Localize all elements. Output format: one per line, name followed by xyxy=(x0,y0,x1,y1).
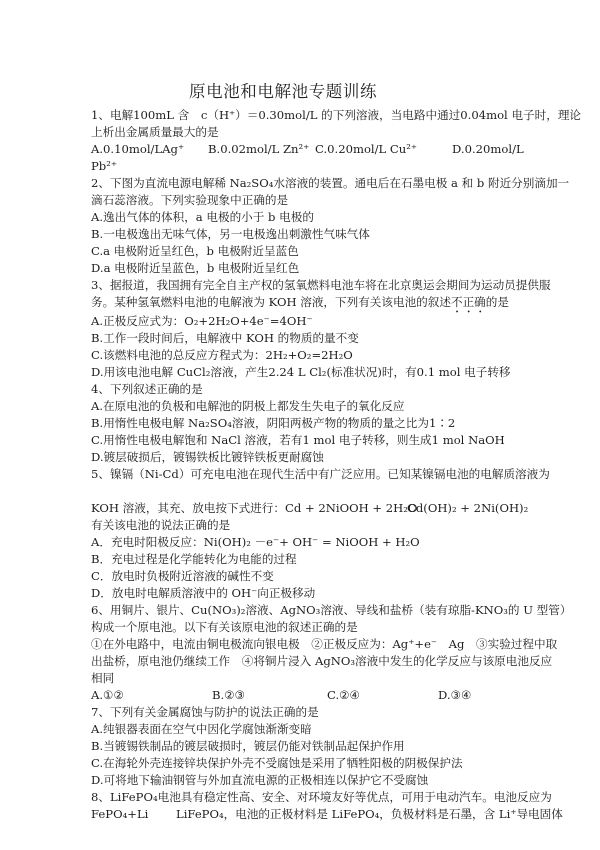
question-4-option-d: D.镀层破损后，镀锡铁板比镀锌铁板更耐腐蚀 xyxy=(91,449,324,465)
question-5-option-d: D．放电时电解质溶液中的 OH⁻向正极移动 xyxy=(91,585,315,601)
question-5-stem-line-2: KOH 溶液，其充、放电按下式进行：Cd + 2NiOOH + 2H₂O xyxy=(91,500,417,516)
document-page: 原电池和电解池专题训练 1、电解100mL 含 c（H⁺）＝0.30mol/L … xyxy=(0,0,600,850)
question-6-option-c: C.②④ xyxy=(327,687,360,703)
question-8-stem-line-2: FePO₄+Li xyxy=(91,806,148,822)
question-3-stem-tail: 的是 xyxy=(486,295,509,309)
question-5-equation-products: Cd(OH)₂ + 2Ni(OH)₂ xyxy=(407,500,528,516)
question-4-stem: 4、下列叙述正确的是 xyxy=(91,381,203,397)
question-3-stem-line-1: 3、据报道，我国拥有完全自主产权的氢氧燃料电池车将在北京奥运会期间为运动员提供服 xyxy=(91,277,551,293)
question-1-stem-line-2: 上析出金属质量最大的是 xyxy=(91,124,219,140)
question-4-option-b: B.用惰性电极电解 Na₂SO₄溶液，阴阳两极产物的物质的量之比为1∶2 xyxy=(91,415,455,431)
question-1-option-a: A.0.10mol/LAg⁺ xyxy=(91,141,184,157)
question-4-option-c: C.用惰性电极电解饱和 NaCl 溶液，若有1 mol 电子转移，则生成1 mo… xyxy=(91,432,505,448)
question-3-option-b: B.工作一段时间后，电解液中 KOH 的物质的量不变 xyxy=(91,330,359,346)
question-2-option-b: B.一电极逸出无味气体，另一电极逸出刺激性气味气体 xyxy=(91,226,370,242)
question-6-stem-line-1: 6、用铜片、银片、Cu(NO₃)₂溶液、AgNO₃溶液、导线和盐桥（装有琼脂-K… xyxy=(91,602,571,618)
question-7-option-a: A.纯银器表面在空气中因化学腐蚀渐渐变暗 xyxy=(91,721,312,737)
question-7-option-c: C.在海轮外壳连接锌块保护外壳不受腐蚀是采用了牺牲阳极的阴极保护法 xyxy=(91,755,463,771)
question-7-stem: 7、下列有关金属腐蚀与防护的说法正确的是 xyxy=(91,704,319,720)
question-7-option-d: D.可将地下输油钢管与外加直流电源的正极相连以保护它不受腐蚀 xyxy=(91,772,428,788)
question-1-option-b: B.0.02mol/L Zn²⁺ xyxy=(208,141,309,157)
question-3-stem-text: 务。某种氢氧燃料电池的电解液为 KOH 溶液，下列有关该电池的叙述 xyxy=(91,295,451,309)
question-5-option-b: B．充电过程是化学能转化为电能的过程 xyxy=(91,551,297,567)
question-5-stem-line-3: 有关该电池的说法正确的是 xyxy=(91,517,230,533)
question-2-option-c: C.a 电极附近呈红色，b 电极附近呈蓝色 xyxy=(91,243,299,259)
question-6-option-a: A.①② xyxy=(91,687,124,703)
question-1-stem-line-1: 1、电解100mL 含 c（H⁺）＝0.30mol/L 的下列溶液，当电路中通过… xyxy=(91,107,581,123)
question-2-option-d: D.a 电极附近呈蓝色，b 电极附近呈红色 xyxy=(91,260,299,276)
question-1-option-d-wrap: Pb²⁺ xyxy=(91,158,117,174)
question-2-stem-line-2: 滴石蕊溶液。下列实验现象中正确的是 xyxy=(91,192,288,208)
question-5-option-c: C．放电时负极附近溶液的碱性不变 xyxy=(91,568,274,584)
question-6-statement-line-3: 相同 xyxy=(91,670,114,686)
question-3-option-d: D.用该电池电解 CuCl₂溶液，产生2.24 L Cl₂(标准状况)时，有0.… xyxy=(91,364,511,380)
question-7-option-b: B.当镀锡铁制品的镀层破损时，镀层仍能对铁制品起保护作用 xyxy=(91,738,405,754)
question-5-stem-line-1: 5、镍镉（Ni-Cd）可充电电池在现代生活中有广泛应用。已知某镍镉电池的电解质溶… xyxy=(91,466,550,482)
question-4-option-a: A.在原电池的负极和电解池的阴极上都发生失电子的氧化反应 xyxy=(91,398,405,414)
question-6-statement-line-2: 出盐桥，原电池仍继续工作 ④将铜片浸入 AgNO₃溶液中发生的化学反应与该原电池… xyxy=(91,653,552,669)
question-6-option-d: D.③④ xyxy=(438,687,471,703)
question-8-stem-line-2-cont: LiFePO₄，电池的正极材料是 LiFePO₄，负极材料是石墨，含 Li⁺导电… xyxy=(176,806,563,822)
question-3-option-c: C.该燃料电池的总反应方程式为：2H₂+O₂=2H₂O xyxy=(91,347,353,363)
question-8-stem-line-1: 8、LiFePO₄电池具有稳定性高、安全、对环境友好等优点，可用于电动汽车。电池… xyxy=(91,789,552,805)
question-6-statement-line-1: ①在外电路中，电流由铜电极流向银电极 ②正极反应为：Ag⁺+e⁻ Ag ③实验过… xyxy=(91,636,557,652)
question-6-option-b: B.②③ xyxy=(212,687,245,703)
question-2-option-a: A.逸出气体的体积，a 电极的小于 b 电极的 xyxy=(91,209,314,225)
question-5-option-a: A．充电时阳极反应：Ni(OH)₂ －e⁻+ OH⁻ = NiOOH + H₂O xyxy=(91,534,420,550)
question-1-option-d: D.0.20mol/L xyxy=(452,141,524,157)
question-1-option-c: C.0.20mol/L Cu²⁺ xyxy=(315,141,417,157)
question-2-stem-line-1: 2、下图为直流电源电解稀 Na₂SO₄水溶液的装置。通电后在石墨电极 a 和 b… xyxy=(91,175,569,191)
question-6-stem-line-2: 构成一个原电池。以下有关该原电池的叙述正确的是 xyxy=(91,619,358,635)
question-3-emphasis: 不正确 xyxy=(451,295,486,309)
page-title: 原电池和电解池专题训练 xyxy=(189,78,377,102)
question-3-option-a: A.正极反应式为：O₂+2H₂O+4e⁻=4OH⁻ xyxy=(91,313,313,329)
